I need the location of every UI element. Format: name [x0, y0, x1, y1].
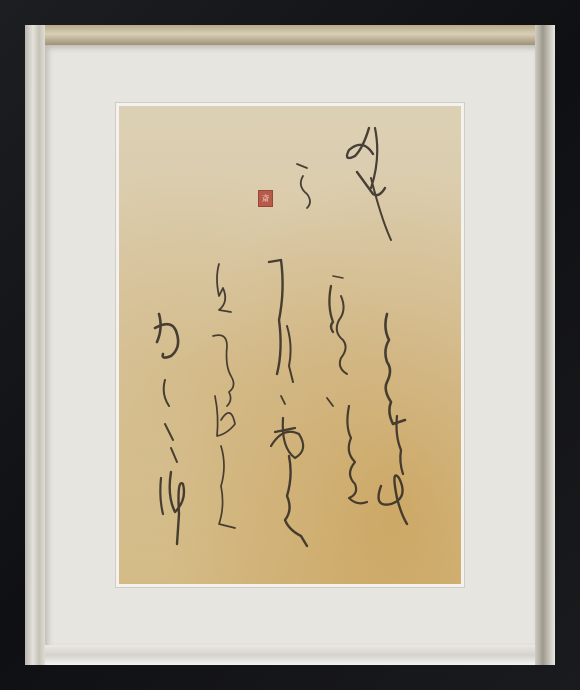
frame-liner-bottom	[25, 645, 555, 665]
calligraphy-strokes	[119, 106, 461, 584]
artist-seal: 斎	[258, 190, 273, 207]
frame-liner-left	[25, 25, 45, 665]
calligraphy-paper	[119, 106, 461, 584]
frame-liner-top	[25, 25, 555, 45]
frame-liner-right	[535, 25, 555, 665]
